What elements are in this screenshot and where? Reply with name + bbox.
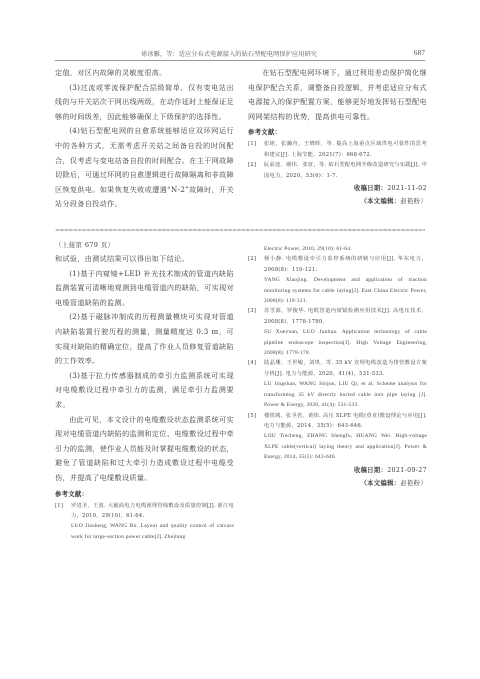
editor-close: ） bbox=[420, 480, 427, 487]
received-date: 2021-09-27 bbox=[387, 467, 427, 474]
reference-text-en: Electric Power, 2010, 29(10): 61-64. bbox=[264, 244, 427, 254]
reference-item: [4] 陆晶珊，王世峻，刘琪，等. 35 kV 直埋电缆改造为排管敷设方案分析[… bbox=[248, 358, 427, 410]
received-date-line: 收稿日期：2021-09-27 bbox=[248, 464, 427, 477]
running-title: 徐冰雁，等：适应分布式电源接入的钻石型配电网保护应用研究 bbox=[141, 49, 317, 58]
bottom-article-left-column: （上接第 679 页） 和试验，由测试结果可以得出如下结论。 (1)基于内窥镜+… bbox=[55, 239, 234, 542]
page-number: 687 bbox=[414, 48, 425, 57]
reference-body: 陆晶珊，王世峻，刘琪，等. 35 kV 直埋电缆改造为排管敷设方案分析[J]. … bbox=[264, 358, 427, 410]
editor-line: （本文编辑：赵艳粉） bbox=[248, 195, 427, 208]
editor-line: （本文编辑：赵艳粉） bbox=[248, 477, 427, 490]
reference-item: Electric Power, 2010, 29(10): 61-64. bbox=[248, 244, 427, 254]
reference-number: [2] bbox=[248, 160, 264, 181]
paragraph: (2)基于磁脉冲制成的历程测量模块可实现对管道内缺陷装置行驶历程的测量，测量精度… bbox=[55, 310, 234, 368]
paragraph: 在钻石型配电网环境下，通过利用差动保护简化继电保护配合关系，调整备自投逻辑，并考… bbox=[248, 66, 427, 124]
paragraph: (3)过流或零流保护配合层级简单，仅有变电站出线的与开关站次干网出线两级，在动作… bbox=[55, 81, 234, 125]
paragraph: (1)基于内窥镜+LED 补光技术制成的管道内缺陷监测装置可清晰地观测到电缆管道… bbox=[55, 267, 234, 311]
top-article-right-column: 在钻石型配电网环境下，通过利用差动保护简化继电保护配合关系，调整备自投逻辑，并考… bbox=[248, 66, 427, 208]
reference-number: [1] bbox=[55, 501, 71, 543]
reference-text-en: YANG Xiaojing. Development and applicati… bbox=[264, 277, 427, 304]
paragraph: 由此可见，本文设计的电缆敷设状态监测系统可实现对电缆管道内缺陷的监测和定位、电缆… bbox=[55, 413, 234, 486]
reference-body: 苏雪源，罗俊华. 电缆管道内窥镜检测应用技术[J]. 高电压技术，2008(8)… bbox=[264, 306, 427, 358]
journal-page: 徐冰雁，等：适应分布式电源接入的钻石型配电网保护应用研究 687 定值，对区内故… bbox=[0, 0, 480, 679]
reference-item: [2] 阮前途，谢伟，张征，等. 钻石型配电网升级改造研究与实践[J]. 中国电… bbox=[248, 160, 427, 181]
reference-number: [1] bbox=[248, 139, 264, 160]
paragraph: 和试验，由测试结果可以得出如下结论。 bbox=[55, 252, 234, 267]
reference-text-en: LU Jingshan, WANG Shijun, LIU Qi, et al.… bbox=[264, 381, 427, 408]
reference-number bbox=[248, 244, 264, 254]
reference-text: 张铭，张瀚舟，王晓晖，等. 提高上海重点区域供电可靠性的思考和建议[J]. 上海… bbox=[264, 139, 427, 160]
reference-text-cn: 楼铁城，张圣省，黄炜. 高压 XLPE 电缆(垂直)敷设理论与应用[J]. 电力… bbox=[264, 413, 427, 429]
reference-number: [2] bbox=[248, 254, 264, 306]
reference-text-cn: 苏雪源，罗俊华. 电缆管道内窥镜检测应用技术[J]. 高电压技术，2008(8)… bbox=[264, 308, 427, 324]
editor-label: （本文编辑： bbox=[361, 198, 401, 205]
editor-name: 赵艳粉 bbox=[400, 198, 420, 205]
received-label: 收稿日期： bbox=[354, 467, 387, 474]
reference-item: [5] 楼铁城，张圣省，黄炜. 高压 XLPE 电缆(垂直)敷设理论与应用[J]… bbox=[248, 411, 427, 463]
received-label: 收稿日期： bbox=[354, 185, 387, 192]
references-heading: 参考文献： bbox=[248, 126, 427, 139]
paragraph: (4)钻石型配电网的自愈系统能够适应双环网运行中的各种方式，无需考虑开关站之间备… bbox=[55, 124, 234, 212]
reference-item: [1] 张铭，张瀚舟，王晓晖，等. 提高上海重点区域供电可靠性的思考和建议[J]… bbox=[248, 139, 427, 160]
reference-number: [4] bbox=[248, 358, 264, 410]
reference-number: [5] bbox=[248, 411, 264, 463]
reference-item: [3] 苏雪源，罗俊华. 电缆管道内窥镜检测应用技术[J]. 高电压技术，200… bbox=[248, 306, 427, 358]
reference-item: [1] 罗进圣，王波. 大截面电力电缆预埋管线敷设及质量控制[J]. 浙江电力，… bbox=[55, 501, 234, 543]
article-separator: ≈≈≈≈≈≈≈≈≈≈≈≈≈≈≈≈≈≈≈≈≈≈≈≈≈≈≈≈≈≈≈≈≈≈≈≈≈≈≈≈… bbox=[55, 228, 425, 234]
reference-text-cn: 杨小静. 电缆敷设牵引力监控系统的研制与应用[J]. 华东电力，2008(8)：… bbox=[264, 256, 427, 272]
paragraph: 定值，对区内故障的灵敏度很高。 bbox=[55, 66, 234, 81]
editor-close: ） bbox=[420, 198, 427, 205]
reference-text-en: LOU Tiecheng, ZHANG Shengfu, HUANG Wei. … bbox=[264, 433, 427, 460]
bottom-article-right-column: Electric Power, 2010, 29(10): 61-64. [2]… bbox=[248, 244, 427, 490]
reference-body: 罗进圣，王波. 大截面电力电缆预埋管线敷设及质量控制[J]. 浙江电力，2010… bbox=[71, 501, 234, 543]
top-article-left-column: 定值，对区内故障的灵敏度很高。 (3)过流或零流保护配合层级简单，仅有变电站出线… bbox=[55, 66, 234, 212]
header-rule bbox=[55, 60, 425, 61]
paragraph: (3)基于拉力传感器制成的牵引力监测系统可实现对电缆敷设过程中牵引力的监测，满足… bbox=[55, 369, 234, 413]
reference-text-en: SU Xueyuan, LUO Junhua. Application tech… bbox=[264, 329, 427, 356]
reference-text-cn: 罗进圣，王波. 大截面电力电缆预埋管线敷设及质量控制[J]. 浙江电力，2010… bbox=[71, 503, 234, 519]
reference-text-cn: 陆晶珊，王世峻，刘琪，等. 35 kV 直埋电缆改造为排管敷设方案分析[J]. … bbox=[264, 360, 427, 376]
reference-body: 楼铁城，张圣省，黄炜. 高压 XLPE 电缆(垂直)敷设理论与应用[J]. 电力… bbox=[264, 411, 427, 463]
reference-text-en: LUO Jinsheng, WANG Bo. Layout and qualit… bbox=[71, 523, 234, 539]
reference-item: [2] 杨小静. 电缆敷设牵引力监控系统的研制与应用[J]. 华东电力，2008… bbox=[248, 254, 427, 306]
references-heading: 参考文献： bbox=[55, 488, 234, 501]
received-date-line: 收稿日期：2021-11-02 bbox=[248, 182, 427, 195]
received-date: 2021-11-02 bbox=[387, 185, 427, 192]
reference-body: 杨小静. 电缆敷设牵引力监控系统的研制与应用[J]. 华东电力，2008(8)：… bbox=[264, 254, 427, 306]
continued-from-note: （上接第 679 页） bbox=[55, 239, 234, 251]
editor-label: （本文编辑： bbox=[361, 480, 401, 487]
editor-name: 赵艳粉 bbox=[400, 480, 420, 487]
reference-text: 阮前途，谢伟，张征，等. 钻石型配电网升级改造研究与实践[J]. 中国电力，20… bbox=[264, 160, 427, 181]
reference-number: [3] bbox=[248, 306, 264, 358]
